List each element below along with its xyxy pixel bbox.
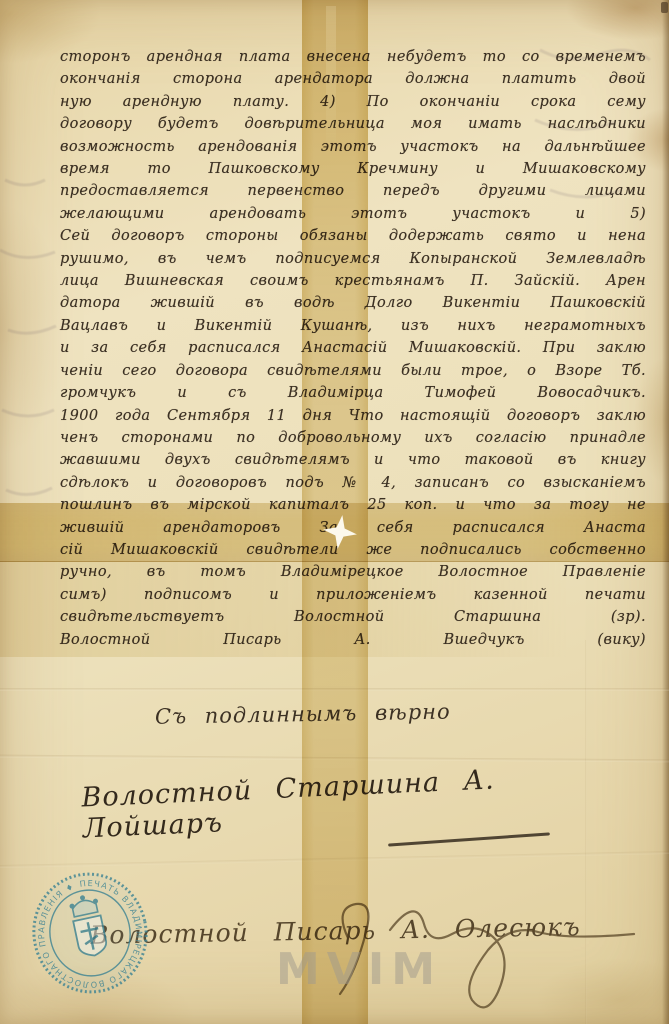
manuscript-line: лица Вишневская своимъ крестьянамъ П. За… [60, 270, 646, 292]
manuscript-line: предоставляется первенство передъ другим… [60, 180, 646, 202]
manuscript-line: ручно, въ томъ Владимірецкое Волостное П… [60, 561, 646, 583]
manuscript-line: Вацлавъ и Викентій Кушанѣ, изъ нихъ негр… [60, 315, 646, 337]
manuscript-line: свидѣтельствуетъ Волостной Старшина (зр)… [60, 606, 646, 628]
manuscript-line: ченіи сего договора свидѣтелями были тро… [60, 360, 646, 382]
watermark: MVIM [276, 944, 442, 995]
paper-right-edge-shadow [662, 0, 669, 1024]
manuscript-line: сій Мишаковскій свидѣтели же подписались… [60, 539, 646, 561]
manuscript-line: сторонъ арендная плата внесена небудетъ … [60, 46, 646, 68]
fold-crease [0, 688, 669, 691]
manuscript-line: Волостной Писарь А. Вшедчукъ (вику) [60, 629, 646, 651]
manuscript-line: время то Пашковскому Кречмину и Мишаковс… [60, 158, 646, 180]
manuscript-line: ченъ сторонами по добровольному ихъ согл… [60, 427, 646, 449]
fold-crease-vertical [585, 640, 587, 1024]
corner-dark-mark [661, 2, 668, 13]
manuscript-line: 1900 года Сентября 11 дня Что настоящій … [60, 405, 646, 427]
manuscript-text: сторонъ арендная плата внесена небудетъ … [60, 46, 646, 651]
manuscript-line: сдѣлокъ и договоровъ подъ № 4, записанъ … [60, 472, 646, 494]
manuscript-line: симъ) подписомъ и приложеніемъ казенной … [60, 584, 646, 606]
document-photo: сторонъ арендная плата внесена небудетъ … [0, 0, 669, 1024]
signature-underline [388, 832, 550, 846]
manuscript-line: ную арендную плату. 4) По окончаніи срок… [60, 91, 646, 113]
manuscript-line: датора жившій въ водѣ Долго Викентіи Паш… [60, 292, 646, 314]
manuscript-line: жавшими двухъ свидѣтелямъ и что таковой … [60, 449, 646, 471]
fold-crease [0, 755, 669, 763]
manuscript-line: рушимо, въ чемъ подписуемся Копыранской … [60, 248, 646, 270]
starshina-signature: Волостной Старшина А. Лойшаръ [81, 762, 563, 845]
manuscript-line: желающими арендовать этотъ участокъ и 5) [60, 203, 646, 225]
manuscript-line: и за себя расписался Анастасій Мишаковск… [60, 337, 646, 359]
manuscript-line: громчукъ и съ Владимірца Тимофей Вовосад… [60, 382, 646, 404]
certification-phrase: Съ подлиннымъ вѣрно [155, 699, 465, 728]
manuscript-line: жившій арендаторовъ За себя расписался А… [60, 517, 646, 539]
manuscript-line: Сей договоръ стороны обязаны додержать с… [60, 225, 646, 247]
manuscript-line: окончанія сторона арендатора должна плат… [60, 68, 646, 90]
manuscript-line: договору будетъ довѣрительница моя имать… [60, 113, 646, 135]
fold-crease [0, 851, 669, 868]
manuscript-line: возможность арендованія этотъ участокъ н… [60, 136, 646, 158]
official-stamp: ПЕЧАТЬ ВЛАДИМІРЕЦКАГО ВОЛОСТНАГО ПРАВЛЕН… [28, 870, 152, 996]
manuscript-line: пошлинъ въ мірской капиталъ 25 коп. и чт… [60, 494, 646, 516]
